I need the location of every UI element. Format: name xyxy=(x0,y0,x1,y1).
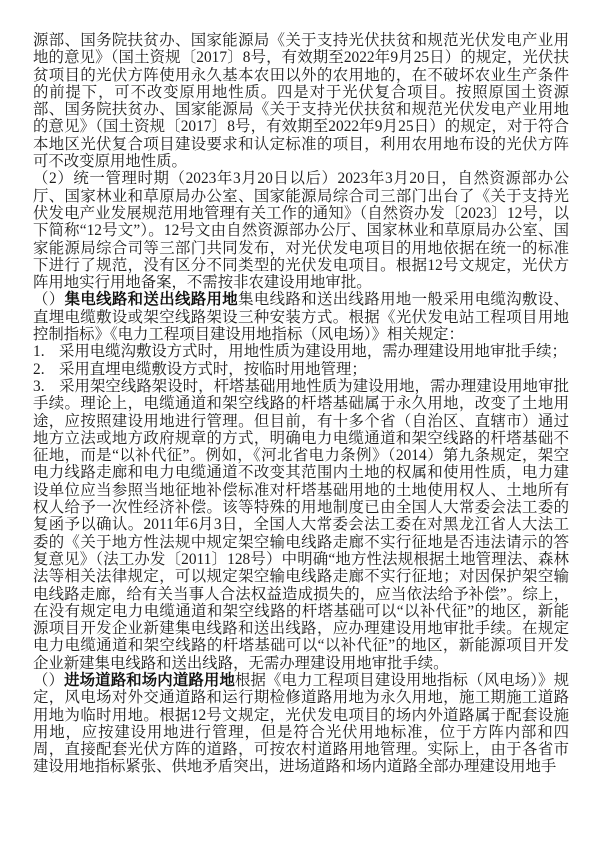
list-marker: 3. xyxy=(33,378,59,395)
section-heading-site-roads: 进场道路和场内道路用地 xyxy=(64,672,235,689)
list-item-text: 采用电缆沟敷设方式时，用地性质为建设用地，需办理建设用地审批手续； xyxy=(59,343,567,360)
section-number-placeholder: （） xyxy=(33,291,65,308)
section-heading-collector-lines: 集电线路和送出线路用地 xyxy=(65,291,239,308)
list-item-text: 采用直埋电缆敷设方式时，按临时用地管理； xyxy=(59,361,367,378)
list-item-buried-cable: 2.采用直埋电缆敷设方式时，按临时用地管理； xyxy=(33,361,569,378)
paragraph-text: 源部、国务院扶贫办、国家能源局《关于支持光伏扶贫和规范光伏发电产业用地的意见》（… xyxy=(33,32,569,170)
list-marker: 1. xyxy=(33,343,59,360)
document-body: 源部、国务院扶贫办、国家能源局《关于支持光伏扶贫和规范光伏发电产业用地的意见》（… xyxy=(33,32,569,776)
body-paragraph-pv-poverty-policy: 源部、国务院扶贫办、国家能源局《关于支持光伏扶贫和规范光伏发电产业用地的意见》（… xyxy=(33,32,569,170)
list-item-text: 采用架空线路架设时，杆塔基础用地性质为建设用地，需办理建设用地审批手续。理论上，… xyxy=(33,378,569,672)
document-page: 源部、国务院扶贫办、国家能源局《关于支持光伏扶贫和规范光伏发电产业用地的意见》（… xyxy=(0,0,596,842)
paragraph-text: （2）统一管理时期（2023年3月20日以后）2023年3月20日，自然资源部办… xyxy=(33,170,569,291)
section-paragraph-site-roads: （）进场道路和场内道路用地根据《电力工程项目建设用地指标（风电场）》规定，风电场… xyxy=(33,672,569,776)
section-number-placeholder: （） xyxy=(33,672,64,689)
list-item-cable-trench: 1.采用电缆沟敷设方式时，用地性质为建设用地，需办理建设用地审批手续； xyxy=(33,343,569,360)
list-marker: 2. xyxy=(33,361,59,378)
body-paragraph-unified-management-period: （2）统一管理时期（2023年3月20日以后）2023年3月20日，自然资源部办… xyxy=(33,170,569,291)
list-item-overhead-line: 3.采用架空线路架设时，杆塔基础用地性质为建设用地，需办理建设用地审批手续。理论… xyxy=(33,378,569,672)
section-paragraph-collector-lines: （）集电线路和送出线路用地集电线路和送出线路用地一般采用电缆沟敷设、直埋电缆敷设… xyxy=(33,291,569,343)
